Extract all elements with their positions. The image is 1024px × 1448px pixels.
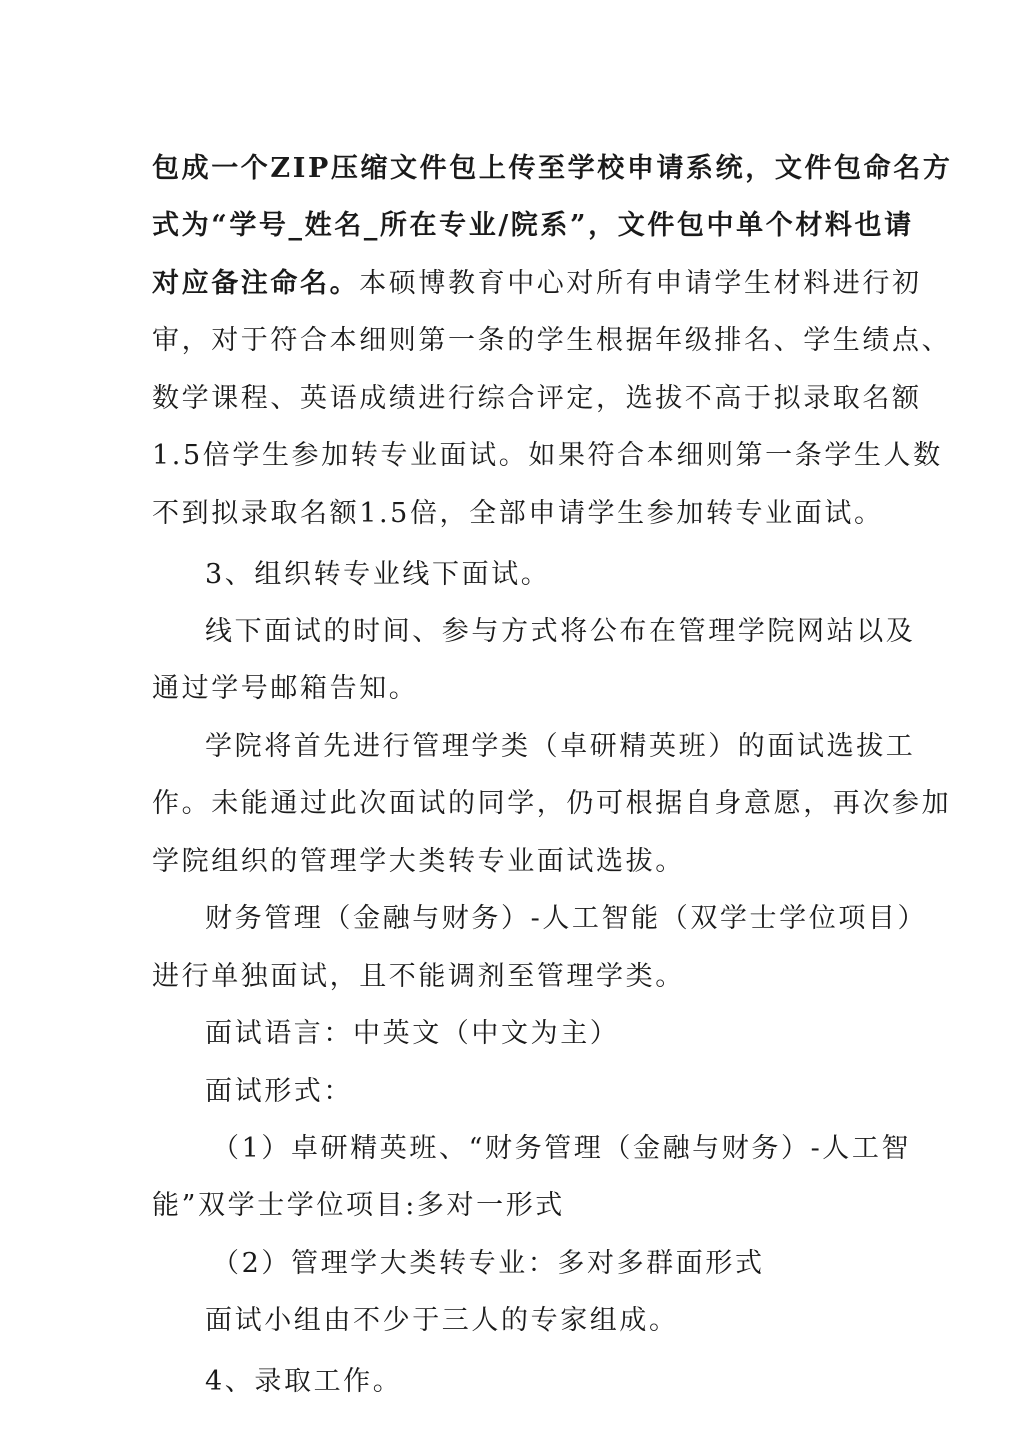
interview-language: 面试语言：中英文（中文为主） [205, 1017, 619, 1051]
interview-format-item-1-cont: 能”双学士学位项目:多对一形式 [152, 1189, 565, 1223]
paragraph-line: 对应备注命名。本硕博教育中心对所有申请学生材料进行初 [152, 267, 922, 301]
paragraph-line: 1.5倍学生参加转专业面试。如果符合本细则第一条学生人数 [152, 439, 943, 473]
bold-text: 对应备注命名。 [152, 268, 359, 299]
paragraph-line: 数学课程、英语成绩进行综合评定，选拔不高于拟录取名额 [152, 382, 922, 416]
paragraph-line: 不到拟录取名额1.5倍，全部申请学生参加转专业面试。 [152, 497, 884, 531]
document-page: 包成一个ZIP压缩文件包上传至学校申请系统，文件包命名方 式为“学号_姓名_所在… [0, 0, 1024, 1448]
paragraph-line: 通过学号邮箱告知。 [152, 672, 418, 706]
paragraph-line: 学院将首先进行管理学类（卓研精英班）的面试选拔工 [205, 730, 915, 764]
paragraph-line: 作。未能通过此次面试的同学，仍可根据自身意愿，再次参加 [152, 787, 951, 821]
bold-text: 包成一个ZIP压缩文件包上传至学校申请系统，文件包命名方 [152, 153, 952, 184]
paragraph-line: 财务管理（金融与财务）-人工智能（双学士学位项目） [205, 902, 927, 936]
interview-panel: 面试小组由不少于三人的专家组成。 [205, 1304, 679, 1338]
paragraph-line: 学院组织的管理学大类转专业面试选拔。 [152, 845, 685, 879]
section-4-heading: 4、录取工作。 [205, 1365, 402, 1399]
bold-text: 式为“学号_姓名_所在专业/院系”，文件包中单个材料也请 [152, 210, 914, 241]
regular-text: 不到拟录取名额1.5倍，全部申请学生参加转专业面试。 [152, 498, 884, 529]
regular-text: 数学课程、英语成绩进行综合评定，选拔不高于拟录取名额 [152, 383, 922, 414]
interview-format-item-1: （1）卓研精英班、“财务管理（金融与财务）-人工智 [212, 1132, 911, 1166]
regular-text: 本硕博教育中心对所有申请学生材料进行初 [359, 268, 921, 299]
paragraph-line: 审，对于符合本细则第一条的学生根据年级排名、学生绩点、 [152, 324, 951, 358]
paragraph-line: 式为“学号_姓名_所在专业/院系”，文件包中单个材料也请 [152, 209, 914, 243]
regular-text: 1.5倍学生参加转专业面试。如果符合本细则第一条学生人数 [152, 440, 943, 471]
interview-format-item-2: （2）管理学大类转专业：多对多群面形式 [212, 1247, 765, 1281]
paragraph-line: 线下面试的时间、参与方式将公布在管理学院网站以及 [205, 615, 915, 649]
paragraph-line: 包成一个ZIP压缩文件包上传至学校申请系统，文件包命名方 [152, 152, 952, 186]
interview-format-label: 面试形式： [205, 1075, 353, 1109]
regular-text: 审，对于符合本细则第一条的学生根据年级排名、学生绩点、 [152, 325, 951, 356]
paragraph-line: 进行单独面试，且不能调剂至管理学类。 [152, 960, 685, 994]
section-3-heading: 3、组织转专业线下面试。 [205, 558, 550, 592]
